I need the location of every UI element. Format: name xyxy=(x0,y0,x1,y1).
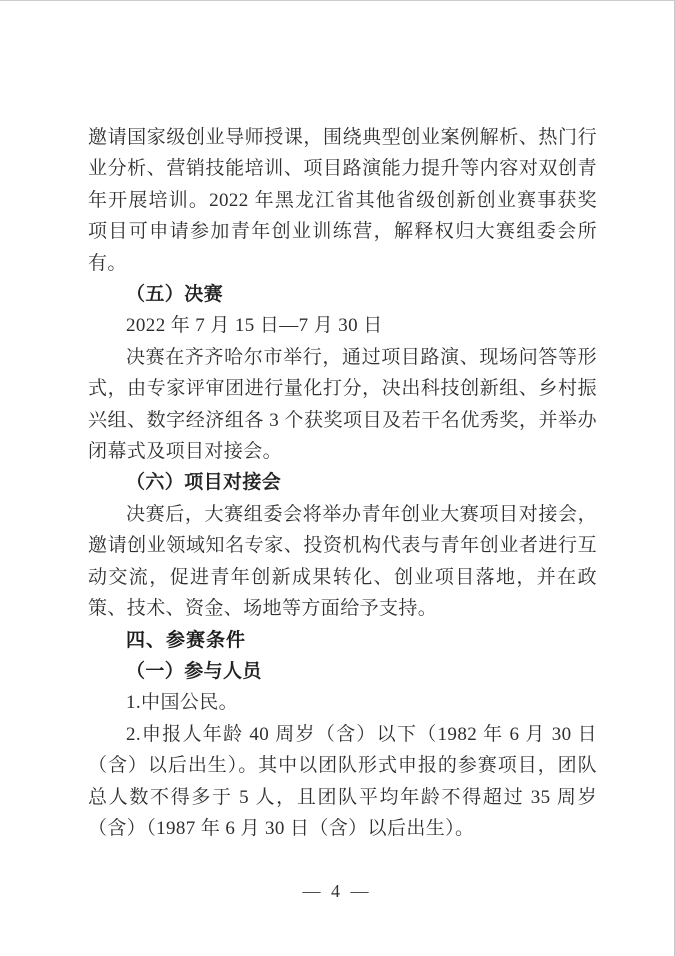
heading-section-6-matchmaking: （六）项目对接会 xyxy=(88,467,597,498)
paragraph-matchmaking: 决赛后，大赛组委会将举办青年创业大赛项目对接会，邀请创业领域知名专家、投资机构代… xyxy=(88,499,597,625)
final-dates: 2022 年 7 月 15 日—7 月 30 日 xyxy=(88,310,597,341)
heading-participants: （一）参与人员 xyxy=(88,656,597,687)
heading-part-4-entry-conditions: 四、参赛条件 xyxy=(88,625,597,656)
page-number: — 4 — xyxy=(0,879,674,903)
heading-section-5-final: （五）决赛 xyxy=(88,279,597,310)
paragraph-final-format: 决赛在齐齐哈尔市举行，通过项目路演、现场问答等形式，由专家评审团进行量化打分，决… xyxy=(88,342,597,468)
item-1-citizenship: 1.中国公民。 xyxy=(88,687,597,718)
paragraph-training-camp: 邀请国家级创业导师授课，围绕典型创业案例解析、热门行业分析、营销技能培训、项目路… xyxy=(88,122,597,279)
item-2-age-limit: 2.申报人年龄 40 周岁（含）以下（1982 年 6 月 30 日（含）以后出… xyxy=(88,719,597,845)
document-page: 邀请国家级创业导师授课，围绕典型创业案例解析、热门行业分析、营销技能培训、项目路… xyxy=(0,0,675,956)
document-body: 邀请国家级创业导师授课，围绕典型创业案例解析、热门行业分析、营销技能培训、项目路… xyxy=(88,122,597,844)
